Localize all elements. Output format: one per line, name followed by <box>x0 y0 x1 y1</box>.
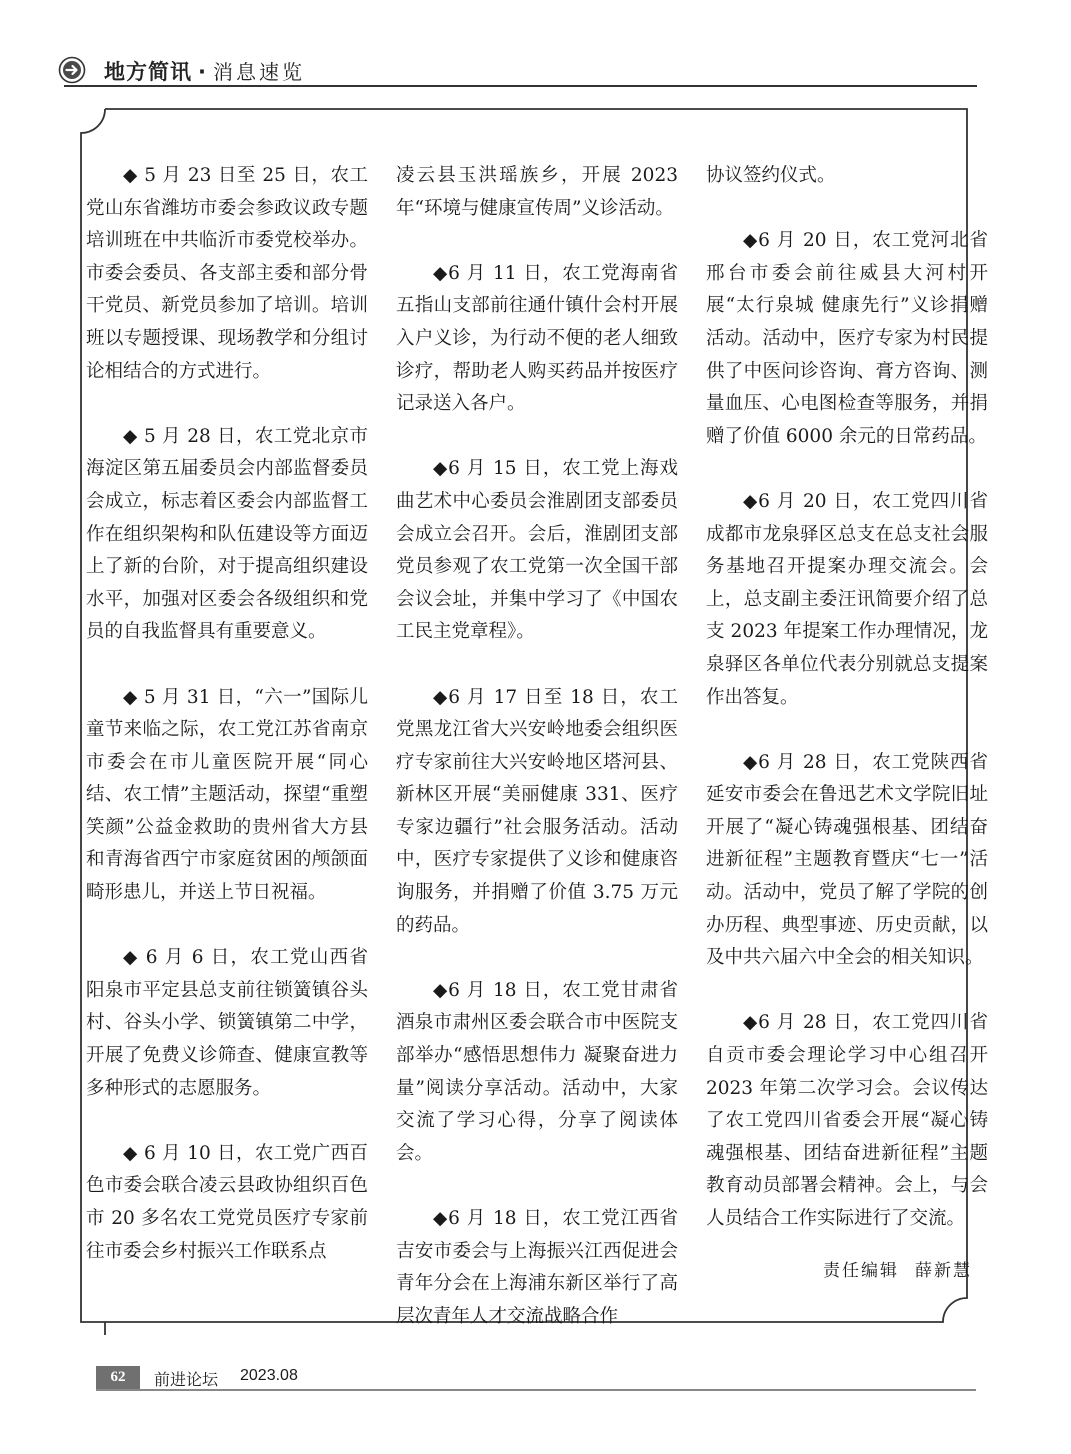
page-footer: 62 前进论坛 2023.08 <box>96 1366 976 1390</box>
news-item: ◆6 月 18 日，农工党江西省吉安市委会与上海振兴江西促进会青年分会在上海浦东… <box>396 1203 678 1333</box>
column-3: 协议签约仪式。 ◆6 月 20 日，农工党河北省邢台市委会前往威县大河村开展“太… <box>706 160 988 1268</box>
title-separator: · <box>198 60 207 84</box>
editor-name: 薛新慧 <box>915 1261 972 1281</box>
subsection-name: 消息速览 <box>213 60 305 84</box>
arrow-circle-right-icon <box>58 56 86 84</box>
header-rule <box>64 85 977 87</box>
news-item: ◆6 月 15 日，农工党上海戏曲艺术中心委员会淮剧团支部委员会成立会召开。会后… <box>396 453 678 649</box>
news-item: ◆ 5 月 23 日至 25 日，农工党山东省潍坊市委会参政议政专题培训班在中共… <box>86 160 368 388</box>
footer-rule <box>96 1389 976 1391</box>
editor-signature: 责任编辑薛新慧 <box>706 1256 972 1281</box>
section-header: 地方简讯·消息速览 <box>52 52 977 88</box>
column-2: 凌云县玉洪瑶族乡，开展 2023 年“环境与健康宣传周”义诊活动。 ◆6 月 1… <box>396 160 678 1366</box>
news-item: ◆6 月 17 日至 18 日，农工党黑龙江省大兴安岭地委会组织医疗专家前往大兴… <box>396 682 678 943</box>
section-name: 地方简讯 <box>104 60 192 84</box>
news-item: ◆6 月 20 日，农工党河北省邢台市委会前往威县大河村开展“太行泉城 健康先行… <box>706 225 988 453</box>
news-item: ◆6 月 11 日，农工党海南省五指山支部前往通什镇什会村开展入户义诊，为行动不… <box>396 258 678 421</box>
editor-label: 责任编辑 <box>823 1261 899 1281</box>
news-item: ◆6 月 28 日，农工党四川省自贡市委会理论学习中心组召开 2023 年第二次… <box>706 1007 988 1235</box>
issue-date: 2023.08 <box>240 1367 298 1385</box>
column-1: ◆ 5 月 23 日至 25 日，农工党山东省潍坊市委会参政议政专题培训班在中共… <box>86 160 368 1301</box>
news-item-continued: 协议签约仪式。 <box>706 160 988 193</box>
news-item: ◆6 月 28 日，农工党陕西省延安市委会在鲁迅艺术文学院旧址开展了“凝心铸魂强… <box>706 747 988 975</box>
news-item-continued: 凌云县玉洪瑶族乡，开展 2023 年“环境与健康宣传周”义诊活动。 <box>396 160 678 225</box>
news-item: ◆ 6 月 6 日，农工党山西省阳泉市平定县总支前往锁簧镇谷头村、谷头小学、锁簧… <box>86 942 368 1105</box>
news-item: ◆ 5 月 31 日，“六一”国际儿童节来临之际，农工党江苏省南京市委会在市儿童… <box>86 682 368 910</box>
magazine-name: 前进论坛 <box>154 1367 218 1390</box>
page-number: 62 <box>96 1366 140 1389</box>
news-item: ◆ 5 月 28 日，农工党北京市海淀区第五届委员会内部监督委员会成立，标志着区… <box>86 421 368 649</box>
section-title: 地方简讯·消息速览 <box>104 56 305 86</box>
news-item: ◆ 6 月 10 日，农工党广西百色市委会联合凌云县政协组织百色市 20 多名农… <box>86 1138 368 1268</box>
news-item: ◆6 月 18 日，农工党甘肃省酒泉市肃州区委会联合市中医院支部举办“感悟思想伟… <box>396 975 678 1171</box>
news-item: ◆6 月 20 日，农工党四川省成都市龙泉驿区总支在总支社会服务基地召开提案办理… <box>706 486 988 714</box>
